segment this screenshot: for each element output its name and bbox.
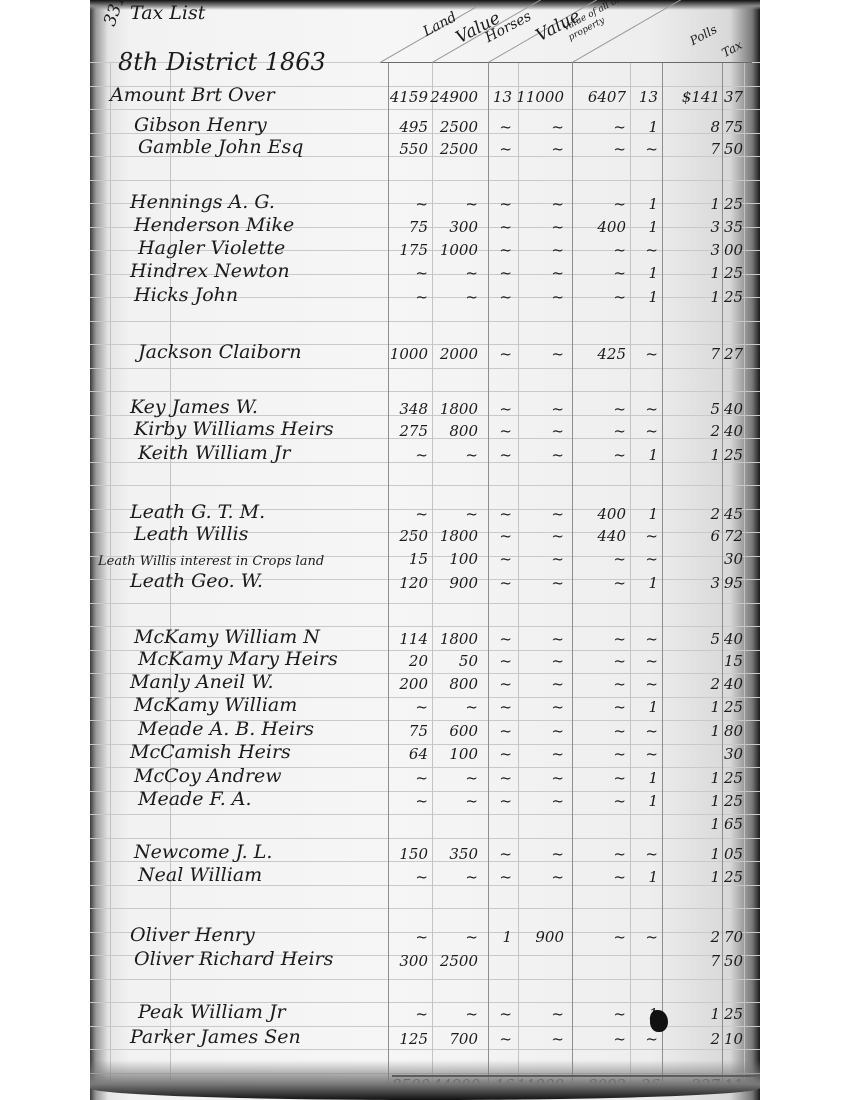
cell-tax-cents: 40: [724, 630, 744, 648]
taxpayer-name: McCoy Andrew: [134, 765, 282, 787]
cell-horse-value: ~: [514, 745, 564, 763]
cell-tax-dollars: 3: [674, 218, 720, 236]
cell-tax-cents: 80: [724, 722, 744, 740]
taxpayer-name: Meade A. B. Heirs: [138, 718, 314, 740]
taxpayer-name: McKamy William: [134, 694, 297, 716]
cell-horses: ~: [488, 1005, 512, 1023]
cell-polls: ~: [630, 630, 658, 648]
cell-tax-cents: 25: [724, 868, 744, 886]
cell-tax-cents: 35: [724, 218, 744, 236]
cell-land-value: ~: [426, 195, 478, 213]
cell-land: ~: [382, 264, 428, 282]
cell-tax-dollars: 8: [674, 118, 720, 136]
cell-tax-cents: 25: [724, 288, 744, 306]
scan-right-margin: [760, 0, 850, 1100]
cell-land: ~: [382, 1005, 428, 1023]
cell-tax-cents: 72: [724, 527, 744, 545]
cell-polls: 1: [630, 195, 658, 213]
cell-land: 75: [382, 218, 428, 236]
cell-horse-value: ~: [514, 574, 564, 592]
taxpayer-name: Leath Willis: [134, 523, 248, 545]
cell-land-value: ~: [426, 792, 478, 810]
cell-land: 75: [382, 722, 428, 740]
cell-land-value: 2500: [426, 140, 478, 158]
taxpayer-name: Henderson Mike: [134, 214, 294, 236]
cell-horses: ~: [488, 422, 512, 440]
ruled-line: [90, 814, 760, 815]
cell-tax-cents: 70: [724, 928, 744, 946]
taxpayer-name: Peak William Jr: [138, 1001, 286, 1023]
ruled-line: [90, 391, 760, 392]
cell-horse-value: ~: [514, 140, 564, 158]
cell-land-value: 800: [426, 422, 478, 440]
column-header-polls: Polls: [687, 22, 719, 48]
ink-blot: [650, 1010, 668, 1032]
cell-horse-value: ~: [514, 675, 564, 693]
cell-land-value: 100: [426, 550, 478, 568]
cell-land-value: 1800: [426, 527, 478, 545]
cell-other-value: ~: [576, 118, 626, 136]
cell-tax-dollars: 1: [674, 769, 720, 787]
cell-land-value: 50: [426, 652, 478, 670]
cell-polls: ~: [630, 745, 658, 763]
taxpayer-name: Leath G. T. M.: [130, 501, 265, 523]
cell-other-value: ~: [576, 698, 626, 716]
cell-horses: ~: [488, 400, 512, 418]
cell-horses: 1: [488, 928, 512, 946]
cell-tax-cents: 75: [724, 118, 744, 136]
cell-polls: 1: [630, 769, 658, 787]
column-header-land: Land: [420, 9, 459, 40]
cell-tax-cents: 50: [724, 952, 744, 970]
cell-land-value: 2500: [426, 118, 478, 136]
cell-land-value: 1800: [426, 400, 478, 418]
cell-horse-value: ~: [514, 769, 564, 787]
cell-polls: ~: [630, 345, 658, 363]
cell-tax-cents: 25: [724, 698, 744, 716]
cell-land: 4159: [382, 88, 428, 106]
cell-land-value: 700: [426, 1030, 478, 1048]
cell-land: 1000: [382, 345, 428, 363]
column-rule-other-value: [572, 62, 573, 1092]
cell-tax-dollars: 1: [674, 1005, 720, 1023]
cell-other-value: ~: [576, 675, 626, 693]
cell-other-value: ~: [576, 1030, 626, 1048]
cell-other-value: ~: [576, 868, 626, 886]
cell-other-value: ~: [576, 574, 626, 592]
cell-land-value: 2500: [426, 952, 478, 970]
cell-land: 175: [382, 241, 428, 259]
cell-land: 150: [382, 845, 428, 863]
cell-horse-value: 11000: [514, 88, 564, 106]
name-margin-rule: [110, 62, 111, 1092]
cell-horse-value: 900: [514, 928, 564, 946]
cell-land: 20: [382, 652, 428, 670]
cell-horse-value: ~: [514, 652, 564, 670]
cell-land: ~: [382, 195, 428, 213]
cell-other-value: ~: [576, 630, 626, 648]
cell-other-value: ~: [576, 400, 626, 418]
cell-horse-value: ~: [514, 446, 564, 464]
cell-land: 550: [382, 140, 428, 158]
cell-horses: ~: [488, 630, 512, 648]
cell-horses: ~: [488, 745, 512, 763]
taxpayer-name: McCamish Heirs: [130, 741, 291, 763]
cell-land: 15: [382, 550, 428, 568]
cell-polls: 13: [630, 88, 658, 106]
cell-land-value: 600: [426, 722, 478, 740]
cell-land: 275: [382, 422, 428, 440]
ruled-line: [90, 603, 760, 604]
cell-horses: ~: [488, 140, 512, 158]
cell-horse-value: ~: [514, 630, 564, 648]
cell-polls: 1: [630, 698, 658, 716]
taxpayer-name: Jackson Claiborn: [138, 341, 302, 363]
taxpayer-name: Gibson Henry: [134, 114, 267, 136]
cell-land-value: ~: [426, 446, 478, 464]
cell-horses: ~: [488, 675, 512, 693]
taxpayer-name: Kirby Williams Heirs: [134, 418, 334, 440]
cell-land: ~: [382, 769, 428, 787]
cell-tax-cents: 25: [724, 264, 744, 282]
cell-polls: ~: [630, 722, 658, 740]
cell-other-value: ~: [576, 550, 626, 568]
cell-land-value: 800: [426, 675, 478, 693]
cell-polls: ~: [630, 140, 658, 158]
taxpayer-name: Hagler Violette: [138, 237, 285, 259]
cell-other-value: ~: [576, 1005, 626, 1023]
cell-tax-cents: 65: [724, 815, 744, 833]
ruled-line: [90, 979, 760, 980]
cell-tax-dollars: 1: [674, 264, 720, 282]
taxpayer-name: Manly Aneil W.: [130, 671, 274, 693]
cell-land: ~: [382, 868, 428, 886]
cell-horse-value: ~: [514, 241, 564, 259]
cell-other-value: ~: [576, 845, 626, 863]
cell-tax-dollars: 1: [674, 722, 720, 740]
taxpayer-name: Hicks John: [134, 284, 238, 306]
cell-tax-cents: 25: [724, 792, 744, 810]
cell-polls: 1: [630, 288, 658, 306]
cell-tax-dollars: 1: [674, 845, 720, 863]
cell-tax-dollars: 2: [674, 928, 720, 946]
cell-horse-value: ~: [514, 400, 564, 418]
cell-land-value: 24900: [426, 88, 478, 106]
cell-horse-value: ~: [514, 698, 564, 716]
cell-other-value: ~: [576, 446, 626, 464]
cell-other-value: ~: [576, 745, 626, 763]
taxpayer-name: Leath Geo. W.: [130, 570, 263, 592]
header-rule: [380, 62, 752, 63]
cell-tax-dollars: 3: [674, 241, 720, 259]
cell-tax-dollars: 1: [674, 792, 720, 810]
ruled-line: [90, 485, 760, 486]
cell-horse-value: ~: [514, 527, 564, 545]
cell-polls: 1: [630, 264, 658, 282]
cell-land: ~: [382, 792, 428, 810]
ruled-line: [90, 368, 760, 369]
cell-land: 64: [382, 745, 428, 763]
cell-land-value: ~: [426, 288, 478, 306]
cell-tax-cents: 25: [724, 769, 744, 787]
cell-land-value: 350: [426, 845, 478, 863]
cell-polls: ~: [630, 928, 658, 946]
cell-tax-cents: 10: [724, 1030, 744, 1048]
cell-horses: ~: [488, 722, 512, 740]
column-rule-tax: [662, 62, 663, 1092]
taxpayer-name: Neal William: [138, 864, 262, 886]
cell-other-value: ~: [576, 652, 626, 670]
taxpayer-name: McKamy Mary Heirs: [138, 648, 338, 670]
cell-land: ~: [382, 698, 428, 716]
cell-polls: 1: [630, 868, 658, 886]
cell-other-value: ~: [576, 928, 626, 946]
cell-horses: ~: [488, 288, 512, 306]
cell-tax-dollars: 7: [674, 952, 720, 970]
column-rule-cents: [722, 62, 723, 1092]
cell-land-value: ~: [426, 928, 478, 946]
cell-horse-value: ~: [514, 1030, 564, 1048]
cell-other-value: ~: [576, 792, 626, 810]
cell-horse-value: ~: [514, 422, 564, 440]
cell-land: 348: [382, 400, 428, 418]
cell-tax-cents: 95: [724, 574, 744, 592]
taxpayer-name: Parker James Sen: [130, 1026, 301, 1048]
cell-other-value: ~: [576, 241, 626, 259]
cell-tax-dollars: 5: [674, 630, 720, 648]
cell-land: 120: [382, 574, 428, 592]
cell-horse-value: ~: [514, 1005, 564, 1023]
document-title: Tax List: [130, 2, 205, 24]
cell-horses: ~: [488, 264, 512, 282]
cell-horse-value: ~: [514, 345, 564, 363]
cell-tax-cents: 15: [724, 652, 744, 670]
cell-tax-dollars: 6: [674, 527, 720, 545]
taxpayer-name: Meade F. A.: [138, 788, 252, 810]
cell-land-value: 100: [426, 745, 478, 763]
cell-tax-dollars: 1: [674, 698, 720, 716]
cell-polls: ~: [630, 675, 658, 693]
cell-land-value: ~: [426, 868, 478, 886]
taxpayer-name: Hennings A. G.: [130, 191, 275, 213]
cell-land: 300: [382, 952, 428, 970]
cell-horse-value: ~: [514, 218, 564, 236]
cell-tax-cents: 30: [724, 745, 744, 763]
cell-tax-cents: 00: [724, 241, 744, 259]
cell-land: 200: [382, 675, 428, 693]
cell-polls: 1: [630, 505, 658, 523]
cell-tax-dollars: 2: [674, 1030, 720, 1048]
cell-horses: ~: [488, 1030, 512, 1048]
cell-tax-cents: 40: [724, 422, 744, 440]
cell-tax-cents: 30: [724, 550, 744, 568]
cell-horses: ~: [488, 574, 512, 592]
cell-land-value: ~: [426, 505, 478, 523]
cell-horse-value: ~: [514, 550, 564, 568]
cell-tax-dollars: 7: [674, 140, 720, 158]
scan-left-margin: [0, 0, 90, 1100]
cell-polls: ~: [630, 241, 658, 259]
cell-horse-value: ~: [514, 722, 564, 740]
cell-tax-cents: 25: [724, 1005, 744, 1023]
cell-horses: ~: [488, 652, 512, 670]
cell-tax-cents: 25: [724, 446, 744, 464]
cell-land-value: 1800: [426, 630, 478, 648]
cell-other-value: ~: [576, 288, 626, 306]
cell-polls: ~: [630, 845, 658, 863]
cell-horse-value: ~: [514, 288, 564, 306]
cell-land-value: 900: [426, 574, 478, 592]
taxpayer-name: Oliver Richard Heirs: [134, 948, 333, 970]
cell-horse-value: ~: [514, 118, 564, 136]
ruled-line: [90, 180, 760, 181]
taxpayer-name: Amount Brt Over: [110, 84, 275, 106]
cell-land-value: ~: [426, 1005, 478, 1023]
ruled-line: [90, 321, 760, 322]
cell-polls: 1: [630, 446, 658, 464]
cell-other-value: ~: [576, 769, 626, 787]
cell-tax-dollars: 2: [674, 422, 720, 440]
cell-horse-value: ~: [514, 264, 564, 282]
cell-horses: ~: [488, 195, 512, 213]
cell-tax-dollars: 7: [674, 345, 720, 363]
taxpayer-name: Leath Willis interest in Crops land: [98, 554, 324, 569]
cell-polls: ~: [630, 1030, 658, 1048]
cell-land-value: 300: [426, 218, 478, 236]
cell-land: ~: [382, 928, 428, 946]
cell-other-value: 400: [576, 218, 626, 236]
ruled-line: [90, 1049, 760, 1050]
cell-polls: ~: [630, 652, 658, 670]
cell-other-value: ~: [576, 264, 626, 282]
cell-polls: 1: [630, 218, 658, 236]
cell-horses: ~: [488, 345, 512, 363]
ledger-page: 331 Tax List 8th District 1863 Land Valu…: [90, 0, 760, 1100]
cell-polls: ~: [630, 400, 658, 418]
cell-land: 250: [382, 527, 428, 545]
cell-land: ~: [382, 446, 428, 464]
cell-horse-value: ~: [514, 868, 564, 886]
cell-horses: ~: [488, 527, 512, 545]
cell-tax-cents: 27: [724, 345, 744, 363]
taxpayer-name: Keith William Jr: [138, 442, 291, 464]
cell-land: 495: [382, 118, 428, 136]
cell-horses: ~: [488, 118, 512, 136]
cell-horse-value: ~: [514, 845, 564, 863]
column-rule-right: [744, 62, 745, 1092]
cell-other-value: ~: [576, 195, 626, 213]
cell-other-value: 425: [576, 345, 626, 363]
cell-tax-dollars: 1: [674, 446, 720, 464]
cell-land: ~: [382, 288, 428, 306]
cell-land-value: 2000: [426, 345, 478, 363]
cell-horses: ~: [488, 868, 512, 886]
cell-land: ~: [382, 505, 428, 523]
taxpayer-name: Hindrex Newton: [130, 260, 290, 282]
taxpayer-name: McKamy William N: [134, 626, 320, 648]
cell-horses: ~: [488, 505, 512, 523]
cell-tax-dollars: 1: [674, 195, 720, 213]
cell-horses: 13: [488, 88, 512, 106]
cell-tax-cents: 50: [724, 140, 744, 158]
cell-tax-cents: 45: [724, 505, 744, 523]
cell-horses: ~: [488, 241, 512, 259]
cell-tax-dollars: 3: [674, 574, 720, 592]
ruled-line: [90, 908, 760, 909]
district-year: 8th District 1863: [118, 48, 326, 76]
cell-tax-dollars: 2: [674, 675, 720, 693]
cell-horses: ~: [488, 769, 512, 787]
cell-horses: ~: [488, 698, 512, 716]
cell-other-value: 400: [576, 505, 626, 523]
cell-horse-value: ~: [514, 792, 564, 810]
cell-horses: ~: [488, 550, 512, 568]
page-bottom-edge: [90, 1060, 760, 1100]
cell-horses: ~: [488, 845, 512, 863]
cell-polls: 1: [630, 792, 658, 810]
cell-horse-value: ~: [514, 195, 564, 213]
cell-tax-cents: 40: [724, 400, 744, 418]
cell-tax-dollars: 2: [674, 505, 720, 523]
ruled-line: [90, 838, 760, 839]
cell-horses: ~: [488, 792, 512, 810]
cell-other-value: ~: [576, 722, 626, 740]
taxpayer-name: Gamble John Esq: [138, 136, 303, 158]
ruled-line: [90, 109, 760, 110]
cell-land-value: 1000: [426, 241, 478, 259]
cell-horse-value: ~: [514, 505, 564, 523]
cell-other-value: 6407: [576, 88, 626, 106]
cell-polls: 1: [630, 118, 658, 136]
cell-tax-dollars: 1: [674, 288, 720, 306]
cell-tax-dollars: 1: [674, 868, 720, 886]
cell-tax-cents: 40: [724, 675, 744, 693]
taxpayer-name: Key James W.: [130, 396, 258, 418]
cell-tax-cents: 25: [724, 195, 744, 213]
cell-land: 125: [382, 1030, 428, 1048]
cell-tax-dollars: 1: [674, 815, 720, 833]
taxpayer-name: Oliver Henry: [130, 924, 255, 946]
cell-polls: ~: [630, 422, 658, 440]
cell-tax-dollars: 5: [674, 400, 720, 418]
cell-other-value: ~: [576, 140, 626, 158]
cell-polls: ~: [630, 527, 658, 545]
cell-horses: ~: [488, 218, 512, 236]
cell-polls: ~: [630, 550, 658, 568]
cell-land-value: ~: [426, 769, 478, 787]
cell-land: 114: [382, 630, 428, 648]
cell-tax-dollars: $141: [674, 88, 720, 106]
cell-other-value: 440: [576, 527, 626, 545]
cell-tax-cents: 37: [724, 88, 744, 106]
cell-polls: 1: [630, 574, 658, 592]
column-header-tax: Tax: [719, 38, 744, 60]
cell-tax-cents: 05: [724, 845, 744, 863]
taxpayer-name: Newcome J. L.: [134, 841, 272, 863]
cell-other-value: ~: [576, 422, 626, 440]
cell-horses: ~: [488, 446, 512, 464]
cell-land-value: ~: [426, 264, 478, 282]
cell-land-value: ~: [426, 698, 478, 716]
